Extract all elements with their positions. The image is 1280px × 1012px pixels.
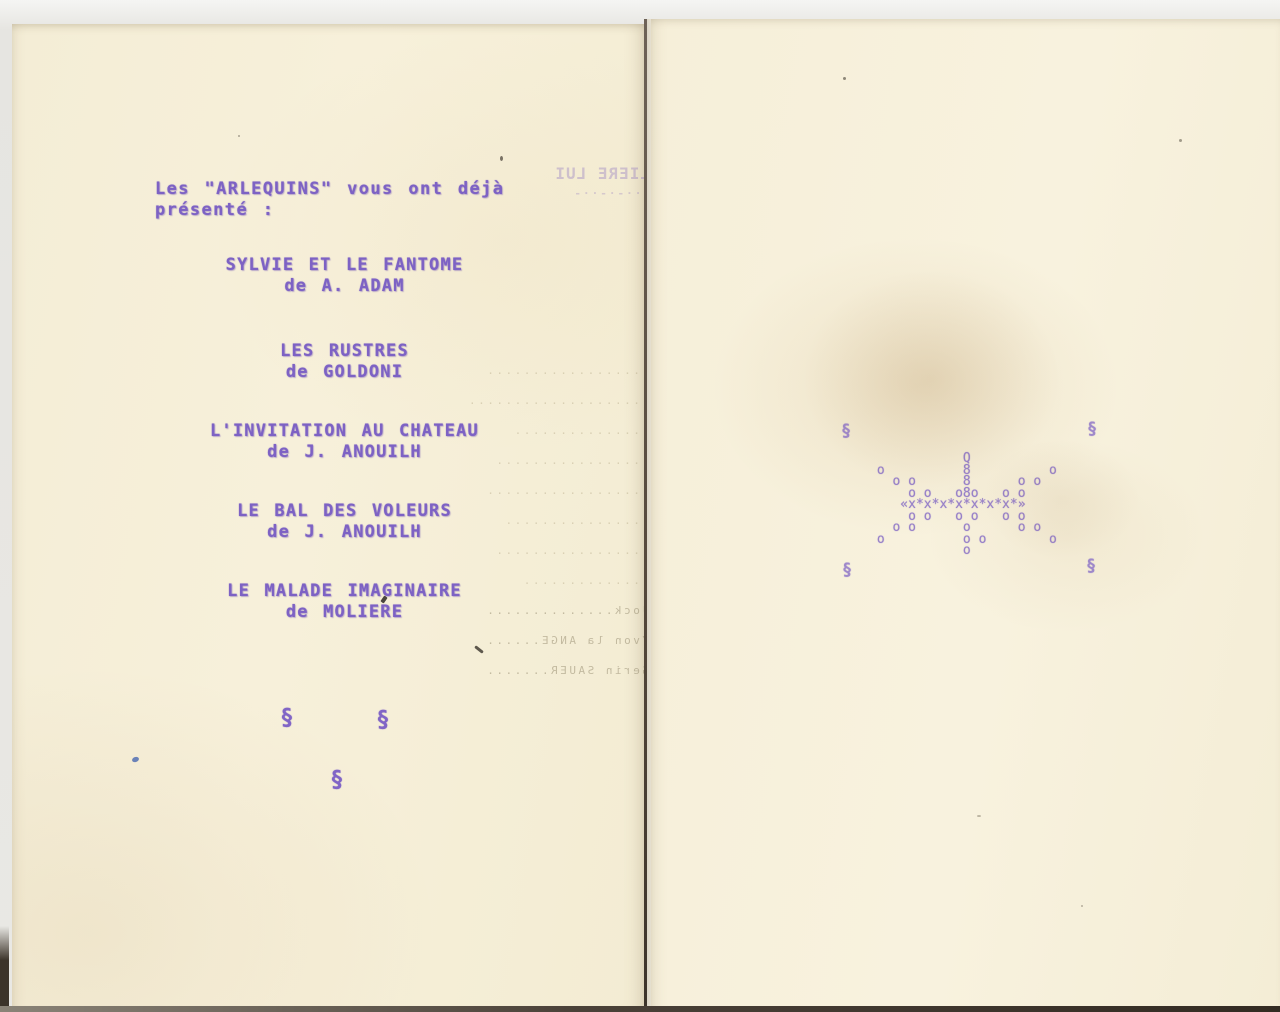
bleedthrough-row: Gerin SAUER....... bbox=[467, 656, 645, 686]
play-item: SYLVIE ET LE FANTOME de A. ADAM bbox=[162, 255, 527, 297]
ink-speck bbox=[843, 77, 846, 80]
ink-speck bbox=[500, 156, 503, 161]
intro-line-2: présenté : bbox=[155, 200, 504, 221]
section-mark: § bbox=[376, 707, 390, 733]
play-item: LE MALADE IMAGINAIRE de MOLIERE bbox=[162, 581, 527, 623]
play-author: de A. ADAM bbox=[162, 276, 527, 297]
play-author: de GOLDONI bbox=[162, 362, 527, 383]
ink-speck bbox=[1179, 139, 1182, 142]
bleedthrough-header-underline: -··-·-··- bbox=[500, 184, 645, 204]
play-author: de J. ANOUILH bbox=[162, 522, 527, 543]
section-mark: § bbox=[842, 560, 852, 580]
section-mark: § bbox=[280, 705, 294, 731]
intro-line-1: Les "ARLEQUINS" vous ont déjà bbox=[155, 179, 504, 200]
play-author: de MOLIERE bbox=[162, 602, 527, 623]
play-title: L'INVITATION AU CHATEAU bbox=[162, 421, 527, 442]
programme-intro: Les "ARLEQUINS" vous ont déjà présenté : bbox=[155, 179, 504, 221]
scan-bottom-edge bbox=[0, 1006, 1280, 1012]
left-page: LIERE LUI -··-·-··- .................. .… bbox=[12, 24, 645, 1012]
right-page: § § § § Q o 8 o o o 8 o o o o o8o o o «x… bbox=[651, 19, 1280, 1012]
bleedthrough-header: LIERE LUI -··-·-··- bbox=[500, 164, 645, 204]
section-mark: § bbox=[1087, 419, 1097, 439]
bleedthrough-row: Yvon la ANGE...... bbox=[467, 626, 645, 656]
section-mark: § bbox=[330, 767, 344, 793]
ink-speck bbox=[977, 815, 981, 817]
section-mark: § bbox=[841, 421, 851, 441]
scanned-programme: LIERE LUI -··-·-··- .................. .… bbox=[0, 0, 1280, 1012]
play-title: LES RUSTRES bbox=[162, 341, 527, 362]
ink-speck bbox=[131, 756, 139, 763]
bleedthrough-row: .................... bbox=[467, 386, 645, 416]
play-item: L'INVITATION AU CHATEAU de J. ANOUILH bbox=[162, 421, 527, 463]
ink-speck bbox=[1081, 905, 1083, 907]
play-item: LE BAL DES VOLEURS de J. ANOUILH bbox=[162, 501, 527, 543]
bleedthrough-header-text: LIERE LUI bbox=[500, 164, 645, 184]
ink-speck bbox=[238, 135, 240, 137]
play-title: SYLVIE ET LE FANTOME bbox=[162, 255, 527, 276]
scan-left-edge bbox=[0, 926, 9, 1012]
play-item: LES RUSTRES de GOLDONI bbox=[162, 341, 527, 383]
play-title: LE MALADE IMAGINAIRE bbox=[162, 581, 527, 602]
section-mark: § bbox=[1086, 556, 1096, 576]
play-title: LE BAL DES VOLEURS bbox=[162, 501, 527, 522]
typewriter-ornament: Q o 8 o o o 8 o o o o o8o o o «x*x*x*x*x… bbox=[869, 453, 1057, 557]
play-author: de J. ANOUILH bbox=[162, 442, 527, 463]
